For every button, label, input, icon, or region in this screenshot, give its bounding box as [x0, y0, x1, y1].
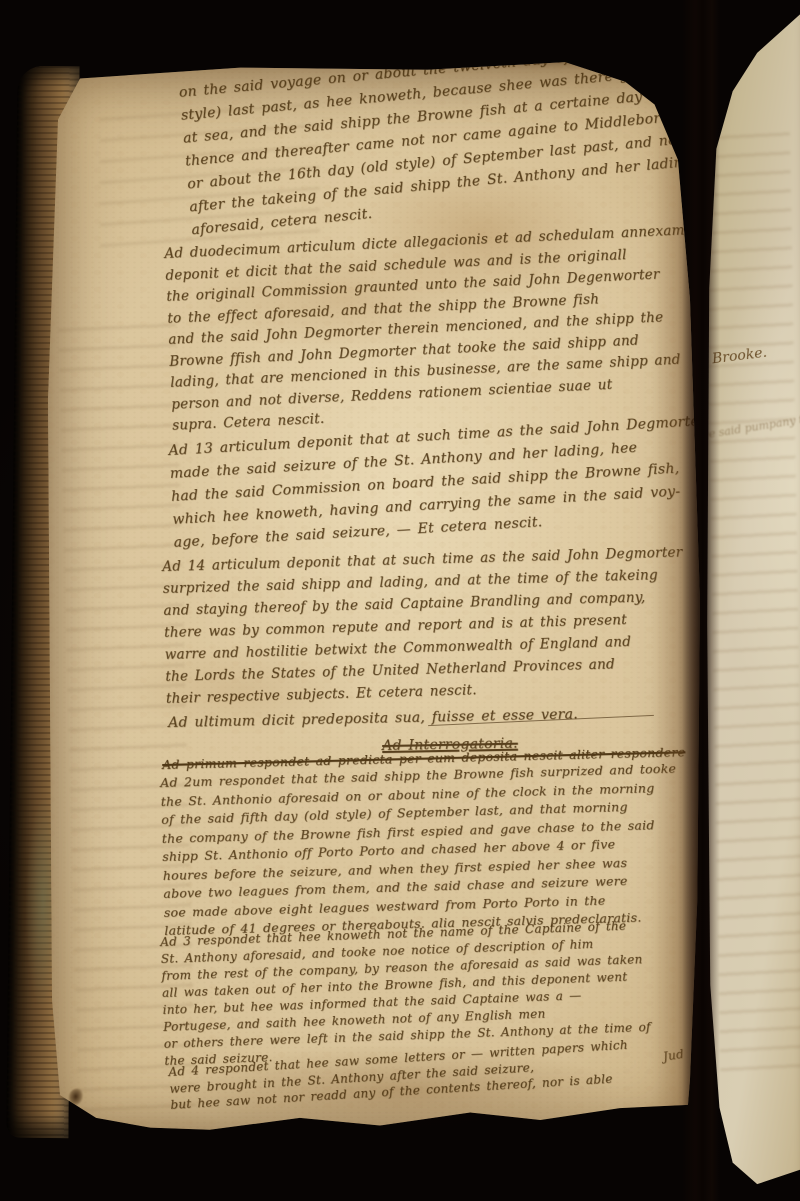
manuscript-page: on the said voyage on or about the twelv…: [40, 60, 708, 1145]
page-curl-shadow: [652, 60, 708, 1145]
photo-of-manuscript: Brooke. ye said pumpany till on the said…: [0, 0, 800, 1201]
next-page-edge: Brooke. ye said pumpany till: [698, 0, 800, 1201]
next-page-showthrough: [704, 119, 800, 1080]
